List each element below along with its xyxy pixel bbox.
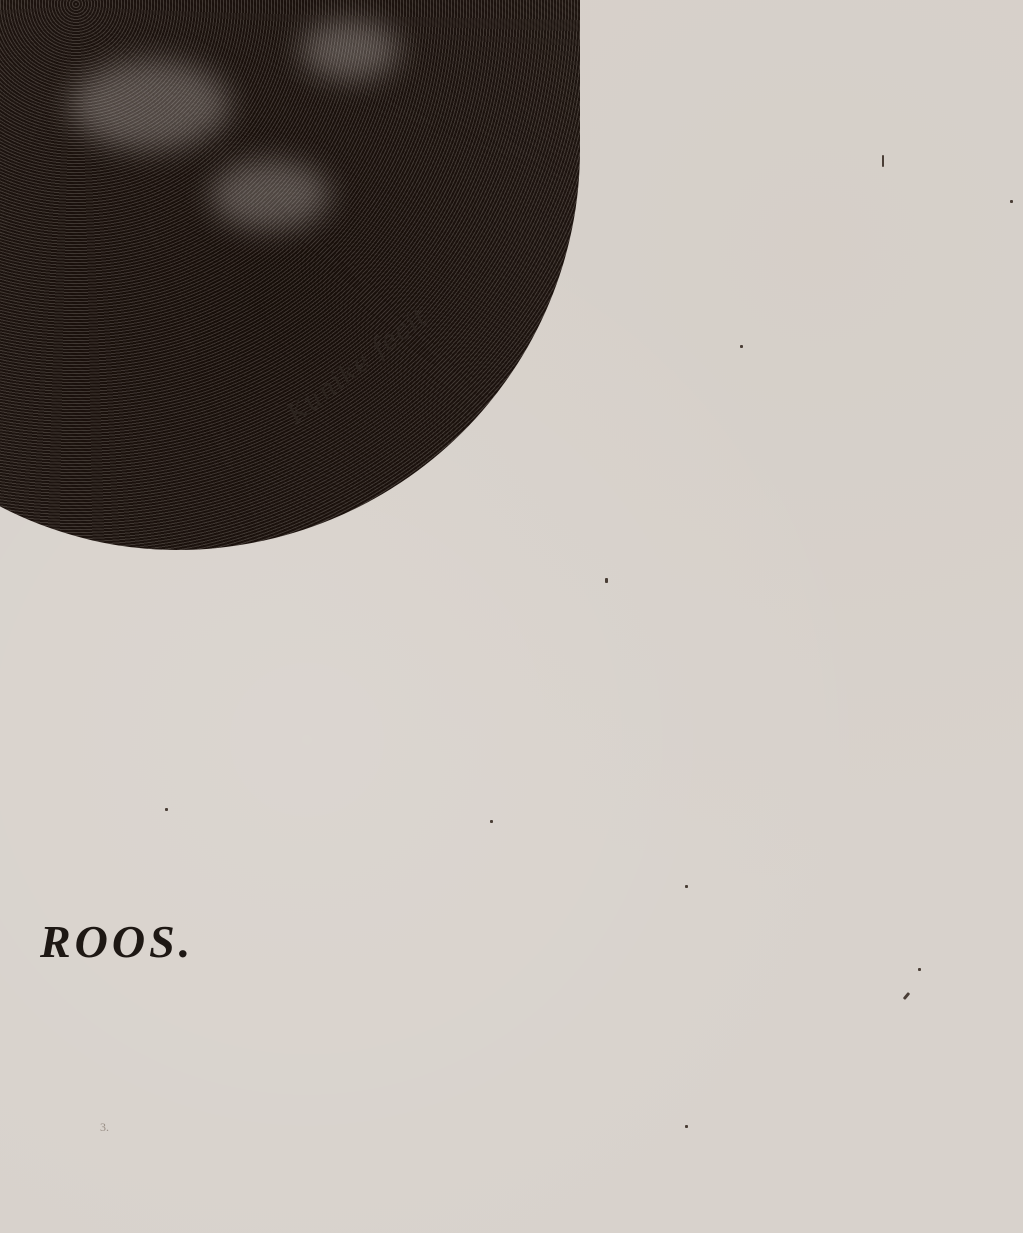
paper-fleck: [685, 1125, 688, 1128]
paper-fleck: [685, 885, 688, 888]
portrait-highlight: [70, 60, 230, 150]
plate-mark: 3.: [100, 1120, 109, 1135]
paper-fleck: [1010, 200, 1013, 203]
paper-fleck: [740, 345, 743, 348]
paper-fleck: [918, 968, 921, 971]
portrait-highlight: [300, 20, 400, 80]
portrait-caption: ROOS.: [40, 915, 194, 968]
paper-fleck: [605, 578, 608, 583]
paper-fleck: [490, 820, 493, 823]
portrait-highlight: [210, 160, 330, 230]
paper-fleck: [882, 155, 884, 167]
paper-fleck: [165, 808, 168, 811]
